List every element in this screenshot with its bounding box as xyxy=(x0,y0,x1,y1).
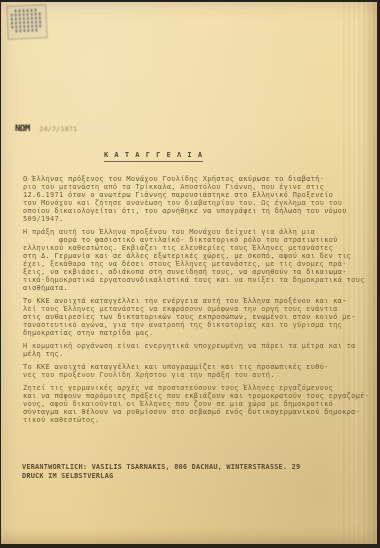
imprint-line-1: VERANTWORTLICH: VASILIS TSARNAKIS, 806 D… xyxy=(22,463,300,471)
text-line: στις αυθαιρεσίες των δικτατορικών τους ε… xyxy=(23,313,365,321)
text-line: Ο Έλληνας πρόξενος του Μονάχου Γουλίδης … xyxy=(23,175,365,183)
paper-sheet: ΝΩΜ 24/7/1971 Κ Α Τ Α Γ Γ Ε Λ Ι Α Ο Έλλη… xyxy=(1,2,377,544)
text-line: Το ΚΚΕ ανοιχτά καταγγέλλει και υπογραμμί… xyxy=(23,363,365,371)
text-line: λεί τους Έλληνες μετανάστες να εκφράσουν… xyxy=(23,305,365,313)
archival-annotation: ΝΩΜ 24/7/1971 xyxy=(15,116,77,135)
annotation-bold-mark: ΝΩΜ xyxy=(15,124,30,134)
text-line: μέλη της. xyxy=(23,350,365,358)
paragraph: Ο Έλληνας πρόξενος του Μονάχου Γουλίδης … xyxy=(23,175,365,223)
stamp-text-row xyxy=(15,28,39,32)
document-body: Ο Έλληνας πρόξενος του Μονάχου Γουλίδης … xyxy=(23,175,365,429)
document-title: Κ Α Τ Α Γ Γ Ε Λ Ι Α xyxy=(104,151,203,162)
text-line: αισθήματα. xyxy=(23,284,365,292)
text-line: του Μονάχου και ζήτησε ανανέωση του διαβ… xyxy=(23,199,365,207)
text-line: 12.6.1971 όταν ο ανωτέρω Γιάννης παρουσι… xyxy=(23,191,365,199)
text-line: Η πράξη αυτή του Έλληνα προξένου του Μον… xyxy=(23,228,365,236)
text-line: οποίου δικαιολογείται ότι, του αρνήθηκε … xyxy=(23,207,365,215)
archive-stamp xyxy=(6,4,47,40)
annotation-typed-date: 24/7/1971 xyxy=(39,125,77,133)
text-line: στη Δ. Γερμανία και σε άλλες εξωτερικές … xyxy=(23,252,365,260)
text-line: σύνταγμα και θέλουν να ρυθμίσουν στο σεβ… xyxy=(23,408,365,416)
text-line: τικά-δημοκρατικά εργατοσυνδικαλιστικά το… xyxy=(23,276,365,284)
text-line: 509/1947. xyxy=(23,215,365,223)
text-line: Το ΚΚΕ ανοιχτά καταγγέλλει την ενέργεια … xyxy=(23,297,365,305)
text-line: φορά το φασιστικό αντιλαϊκό- δικτατορικό… xyxy=(23,236,365,244)
text-line: και να πάψουν παρόμοιες πράξεις που εκβι… xyxy=(23,392,365,400)
text-line: ταναστευτικό αγώνα, για την ανατροπή της… xyxy=(23,321,365,329)
text-line: Η κομματική οργάνωση είναι ενεργητικά υπ… xyxy=(23,342,365,350)
text-line: δημοκρατίας στην πατρίδα μας. xyxy=(23,329,365,337)
scanned-document-page: { "colors": { "paper": "#eed9a2", "ink":… xyxy=(0,0,380,548)
paragraph: Η κομματική οργάνωση είναι ενεργητικά υπ… xyxy=(23,342,365,358)
paragraph: Η πράξη αυτή του Έλληνα προξένου του Μον… xyxy=(23,228,365,292)
paragraph: Ζητεί τις γερμανικές αρχές να προστατεύσ… xyxy=(23,384,365,424)
imprint-line-2: DRUCK IM SELBSTVERLAG xyxy=(22,472,113,480)
imprint-footer: VERANTWORTLICH: VASILIS TSARNAKIS, 806 D… xyxy=(22,463,300,480)
text-line: τικού καθεστώτος. xyxy=(23,416,365,424)
text-line: νες του προξένου Γουλίδη Χρήστου για την… xyxy=(23,371,365,379)
paragraph: Το ΚΚΕ ανοιχτά καταγγέλλει και υπογραμμί… xyxy=(23,363,365,379)
text-line: ριο του μετανάστη από τα Τρίκκαλα, Αποστ… xyxy=(23,183,365,191)
paragraph: Το ΚΚΕ ανοιχτά καταγγέλλει την ενέργεια … xyxy=(23,297,365,337)
text-line: ελληνικού καθεστώτος. Εκβιάζει τις ελευθ… xyxy=(23,244,365,252)
text-line: έχει, ξεκάθαρα της να δέσει στους Έλληνε… xyxy=(23,260,365,268)
text-line: νους, αφού δικαιούνται οι Έλληνες που ζο… xyxy=(23,400,365,408)
text-line: Ζητεί τις γερμανικές αρχές να προστατεύσ… xyxy=(23,384,365,392)
text-line: ξεις, να εκβιάσει, αδιάκοπα στη συνείδησ… xyxy=(23,268,365,276)
